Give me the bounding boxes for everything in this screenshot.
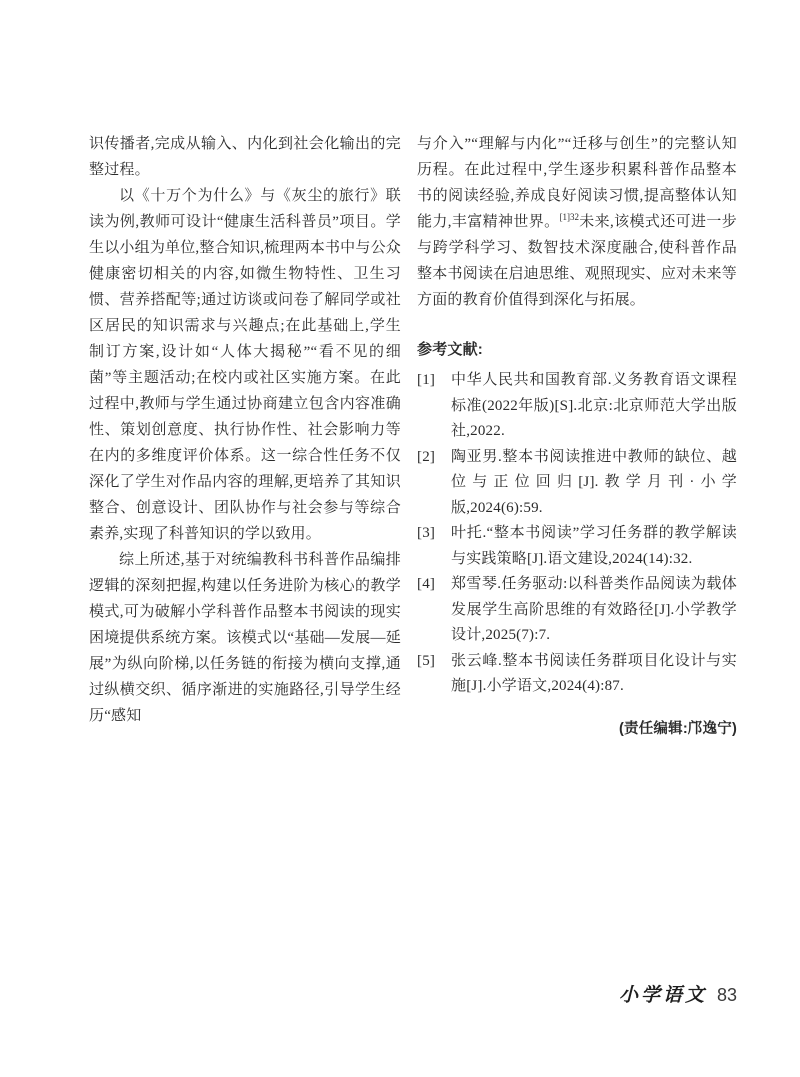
journal-name-logo: 小学语文: [619, 980, 707, 1007]
reference-label: [1]: [417, 368, 435, 394]
page-footer: 小学语文 83: [619, 980, 737, 1007]
references-heading: 参考文献:: [417, 337, 737, 363]
paragraph-summary-continuation: 与介入”“理解与内化”“迁移与创生”的完整认知历程。在此过程中,学生逐步积累科普…: [417, 131, 737, 313]
reference-entry: [1] 中华人民共和国教育部.义务教育语文课程标准(2022年版)[S].北京:…: [417, 368, 737, 445]
reference-text: 中华人民共和国教育部.义务教育语文课程标准(2022年版)[S].北京:北京师范…: [451, 372, 737, 439]
page-number: 83: [717, 985, 737, 1006]
reference-text: 张云峰.整本书阅读任务群项目化设计与实施[J].小学语文,2024(4):87.: [451, 653, 737, 695]
reference-text: 郑雪琴.任务驱动:以科普类作品阅读为载体发展学生高阶思维的有效路径[J].小学教…: [451, 576, 737, 643]
journal-page: 识传播者,完成从输入、内化到社会化输出的完整过程。 以《十万个为什么》与《灰尘的…: [0, 0, 800, 1077]
reference-label: [3]: [417, 521, 435, 547]
paragraph-summary: 综上所述,基于对统编教科书科普作品编排逻辑的深刻把握,构建以任务进阶为核心的教学…: [89, 547, 401, 729]
right-text-column: 与介入”“理解与内化”“迁移与创生”的完整认知历程。在此过程中,学生逐步积累科普…: [417, 131, 737, 742]
left-text-column: 识传播者,完成从输入、内化到社会化输出的完整过程。 以《十万个为什么》与《灰尘的…: [89, 131, 401, 729]
responsible-editor-note: (责任编辑:邝逸宁): [417, 716, 737, 742]
reference-entry: [5] 张云峰.整本书阅读任务群项目化设计与实施[J].小学语文,2024(4)…: [417, 649, 737, 700]
paragraph-example-project: 以《十万个为什么》与《灰尘的旅行》联读为例,教师可设计“健康生活科普员”项目。学…: [89, 183, 401, 547]
reference-text: 叶托.“整本书阅读”学习任务群的教学解读与实践策略[J].语文建设,2024(1…: [451, 525, 737, 567]
reference-entry: [3] 叶托.“整本书阅读”学习任务群的教学解读与实践策略[J].语文建设,20…: [417, 521, 737, 572]
reference-label: [4]: [417, 572, 435, 598]
reference-entry: [4] 郑雪琴.任务驱动:以科普类作品阅读为载体发展学生高阶思维的有效路径[J]…: [417, 572, 737, 649]
reference-label: [5]: [417, 649, 435, 675]
citation-superscript: [1]32: [560, 212, 580, 222]
reference-text: 陶亚男.整本书阅读推进中教师的缺位、越位与正位回归[J].教学月刊·小学版,20…: [451, 449, 737, 516]
reference-entry: [2] 陶亚男.整本书阅读推进中教师的缺位、越位与正位回归[J].教学月刊·小学…: [417, 445, 737, 522]
paragraph-continuation-from-previous-page: 识传播者,完成从输入、内化到社会化输出的完整过程。: [89, 131, 401, 183]
references-list: [1] 中华人民共和国教育部.义务教育语文课程标准(2022年版)[S].北京:…: [417, 368, 737, 700]
reference-label: [2]: [417, 445, 435, 471]
